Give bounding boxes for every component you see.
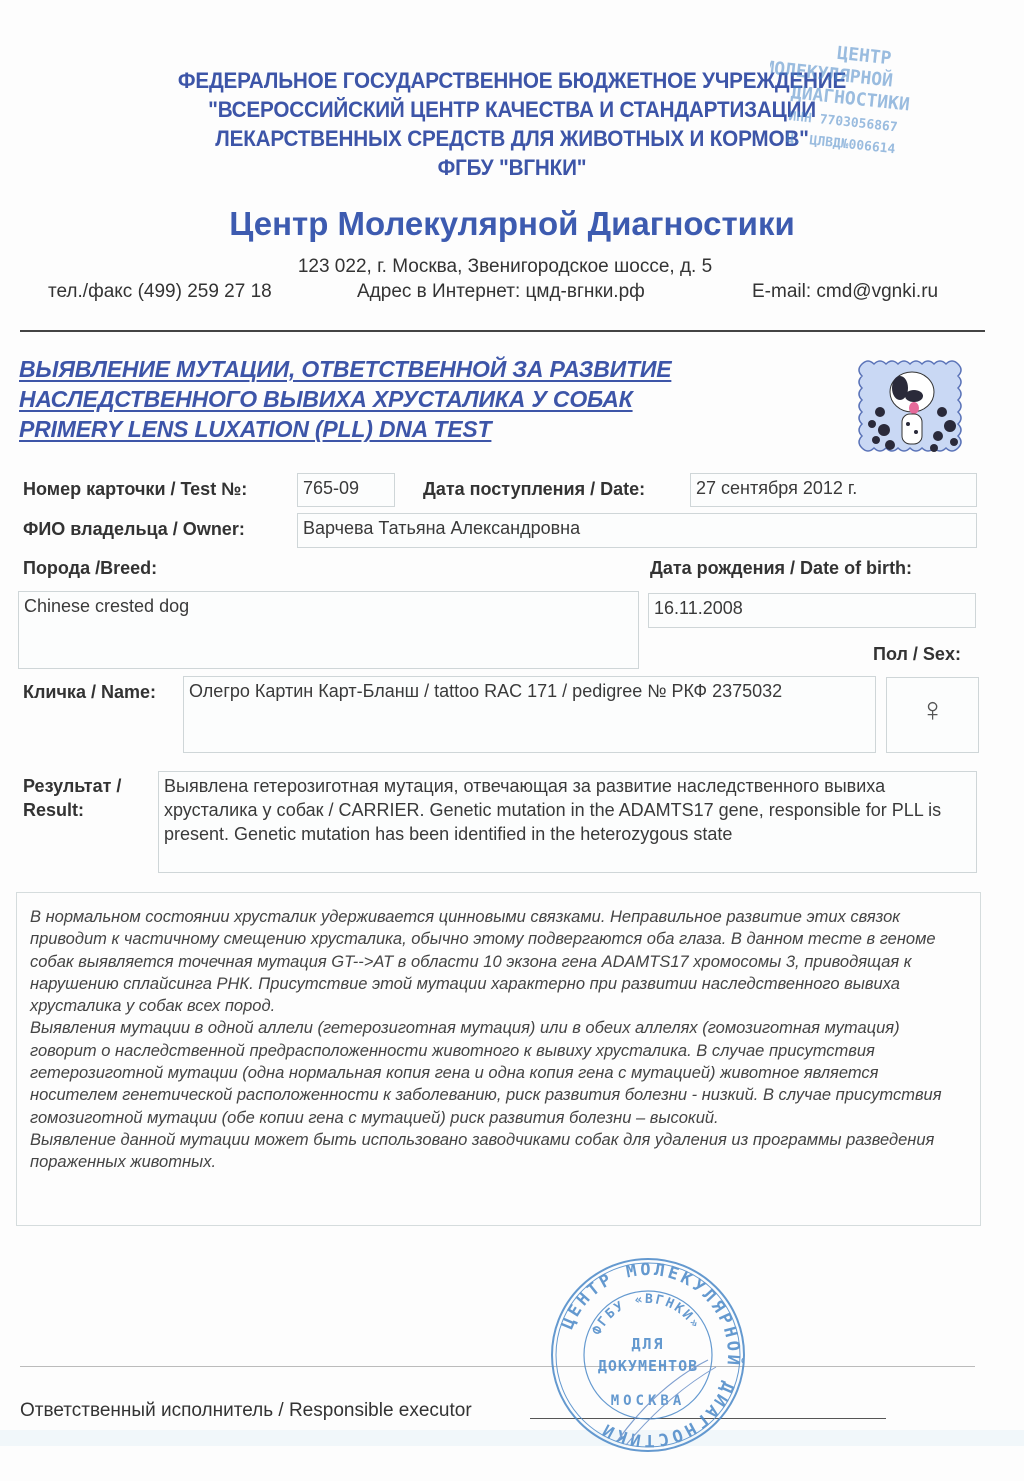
result-field: Выявлена гетерозиготная мутация, отвечаю… <box>158 771 977 873</box>
date-label: Дата поступления / Date: <box>423 479 645 500</box>
test-number-label: Номер карточки / Test №: <box>23 479 247 500</box>
header-divider <box>20 330 985 332</box>
test-title-line-1: ВЫЯВЛЕНИЕ МУТАЦИИ, ОТВЕТСТВЕННОЙ ЗА РАЗВ… <box>19 356 671 383</box>
name-field: Олегро Картин Карт-Бланш / tattoo RAC 17… <box>183 676 876 753</box>
sex-field: ♀ <box>886 677 979 753</box>
svg-text:Ц. ЦЛВД№006614: Ц. ЦЛВД№006614 <box>785 131 896 157</box>
date-of-birth-label: Дата рождения / Date of birth: <box>650 558 912 579</box>
corner-stamp: ЦЕНТР МОЛЕКУЛЯРНОЙ ДИАГНОСТИКИ ИНН 77030… <box>770 42 1000 172</box>
svg-text:МОСКВА: МОСКВА <box>611 1393 686 1409</box>
info-paragraph-1: В нормальном состоянии хрусталик удержив… <box>30 906 967 1017</box>
scan-band <box>0 1430 1024 1446</box>
executor-label: Ответственный исполнитель / Responsible … <box>20 1400 472 1422</box>
name-label: Кличка / Name: <box>23 682 156 703</box>
center-title: Центр Молекулярной Диагностики <box>0 205 1024 243</box>
round-stamp: ЦЕНТР МОЛЕКУЛЯРНОЙ ДИАГНОСТИКИ ФГБУ «ВГН… <box>548 1255 748 1455</box>
info-description: В нормальном состоянии хрусталик удержив… <box>16 892 981 1226</box>
info-paragraph-3: Выявление данной мутации может быть испо… <box>30 1129 967 1174</box>
info-paragraph-2: Выявления мутации в одной аллели (гетеро… <box>30 1017 967 1128</box>
breed-label: Порода /Breed: <box>23 558 157 579</box>
svg-text:ИНН 7703056867: ИНН 7703056867 <box>788 109 899 135</box>
email-link[interactable]: E-mail: cmd@vgnki.ru <box>752 281 938 303</box>
test-title-line-3: PRIMERY LENS LUXATION (PLL) DNA TEST <box>19 416 491 443</box>
svg-text:ДОКУМЕНТОВ: ДОКУМЕНТОВ <box>598 1357 698 1375</box>
dalmatian-dog-logo-icon <box>850 350 975 465</box>
address: 123 022, г. Москва, Звенигородское шоссе… <box>0 256 1010 278</box>
breed-field: Chinese crested dog <box>18 591 639 669</box>
test-title-line-2: НАСЛЕДСТВЕННОГО ВЫВИХА ХРУСТАЛИКА У СОБА… <box>19 386 633 413</box>
footer-divider <box>20 1366 975 1367</box>
date-of-birth-field: 16.11.2008 <box>648 593 976 628</box>
test-number-field: 765-09 <box>297 473 395 507</box>
website-link[interactable]: Адрес в Интернет: цмд-вгнки.рф <box>357 281 645 303</box>
owner-label: ФИО владельца / Owner: <box>23 519 245 540</box>
result-label-en: Result: <box>23 800 84 821</box>
result-label-ru: Результат / <box>23 776 121 797</box>
date-field: 27 сентября 2012 г. <box>690 473 977 507</box>
sex-label: Пол / Sex: <box>873 644 961 665</box>
owner-field: Варчева Татьяна Александровна <box>297 513 977 548</box>
svg-text:ДЛЯ: ДЛЯ <box>631 1335 664 1353</box>
phone: тел./факс (499) 259 27 18 <box>48 281 272 303</box>
svg-text:ФГБУ «ВГНКИ»: ФГБУ «ВГНКИ» <box>590 1292 704 1338</box>
